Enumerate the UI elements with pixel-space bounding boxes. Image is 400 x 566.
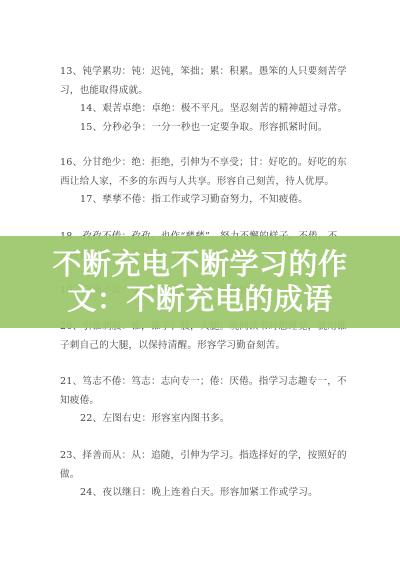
text-line: 14、艰苦卓绝：卓绝：极不平凡。坚忍刻苦的精神超过寻常。 (80, 103, 356, 115)
title-banner: 不断充电不断学习的作文：不断充电的成语 (0, 236, 400, 328)
text-line: 22、左图右史：形容室内图书多。 (80, 413, 356, 425)
text-line: 16、分甘绝少：绝：拒绝，引伸为不享受；甘：好吃的。好吃的东 (60, 157, 336, 169)
text-line: 习，也能取得成就。 (60, 85, 336, 97)
document-page: 13、钝学累功：钝：迟钝，笨拙；累：积累。愚笨的人只要刻苦学 习，也能取得成就。… (0, 0, 400, 566)
text-line: 西让给人家，不多的东西与人共享。形容自己刻苦，待人优厚。 (60, 176, 336, 188)
text-line: 知疲倦。 (60, 395, 336, 407)
text-line: 子刺自己的大腿，以保持清醒。形容学习勤奋刻苦。 (60, 340, 336, 352)
banner-title: 不断充电不断学习的作文：不断充电的成语 (30, 247, 370, 317)
text-line: 21、笃志不倦：笃志：志向专一；倦：厌倦。指学习志趣专一，不 (60, 376, 336, 388)
text-line: 13、钝学累功：钝：迟钝，笨拙；累：积累。愚笨的人只要刻苦学 (60, 66, 336, 78)
text-line: 15、分秒必争：一分一秒也一定要争取。形容抓紧时间。 (80, 122, 356, 134)
text-line: 17、孳孳不倦：指工作或学习勤奋努力，不知疲倦。 (80, 194, 356, 206)
text-line: 24、夜以继日：晚上连着白天。形容加紧工作或学习。 (80, 487, 356, 499)
text-line: 做。 (60, 469, 336, 481)
text-line: 23、择善而从：从：追随，引伸为学习。指选择好的学，按照好的 (60, 450, 336, 462)
